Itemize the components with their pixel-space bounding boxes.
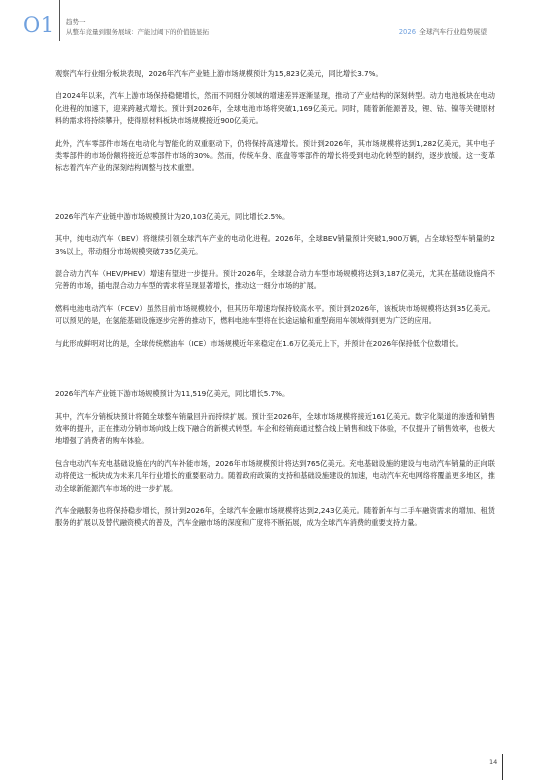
report-title-text: 全球汽车行业趋势展望: [419, 28, 487, 36]
page-body: 观察汽车行业细分板块表现，2026年汽车产业链上游市场规模预计为15,823亿美…: [55, 68, 495, 530]
report-title: 2026全球汽车行业趋势展望: [399, 28, 487, 37]
page-number: 14: [489, 758, 497, 766]
section-downstream: 2026年汽车产业链下游市场规模预计为11,519亿美元，同比增长5.7%。 其…: [55, 388, 495, 530]
section-lead-midstream: 2026年汽车产业链中游市场规模预计为20,103亿美元，同比增长2.5%。: [55, 211, 495, 223]
section-lead-upstream: 观察汽车行业细分板块表现，2026年汽车产业链上游市场规模预计为15,823亿美…: [55, 68, 495, 80]
paragraph: 此外，汽车零部件市场在电动化与智能化的双重驱动下，仍将保持高速增长。预计到202…: [55, 138, 495, 175]
report-year: 2026: [399, 28, 416, 36]
paragraph: 汽车金融服务也将保持稳步增长，预计到2026年，全球汽车金融市场规模将达到2,2…: [55, 505, 495, 530]
chapter-number: O1: [23, 13, 55, 37]
section-lead-downstream: 2026年汽车产业链下游市场规模预计为11,519亿美元，同比增长5.7%。: [55, 388, 495, 400]
trend-label: 趋势一: [66, 18, 86, 27]
paragraph: 与此形成鲜明对比的是，全球传统燃油车（ICE）市场规模近年来稳定在1.6万亿美元…: [55, 338, 495, 350]
section-midstream: 2026年汽车产业链中游市场规模预计为20,103亿美元，同比增长2.5%。 其…: [55, 211, 495, 350]
footer-divider: [502, 754, 503, 780]
header-divider: [59, 0, 60, 41]
paragraph: 其中，汽车分销板块预计将随全球整车销量回升而持续扩展。预计至2026年，全球市场…: [55, 411, 495, 448]
paragraph: 混合动力汽车（HEV/PHEV）增速有望进一步提升。预计2026年，全球混合动力…: [55, 268, 495, 293]
paragraph: 包含电动汽车充电基础设施在内的汽车补能市场，2026年市场规模预计将达到765亿…: [55, 458, 495, 495]
paragraph: 其中，纯电动汽车（BEV）将继续引领全球汽车产业的电动化进程。2026年，全球B…: [55, 233, 495, 258]
section-upstream: 观察汽车行业细分板块表现，2026年汽车产业链上游市场规模预计为15,823亿美…: [55, 68, 495, 175]
paragraph: 燃料电池电动汽车（FCEV）虽然目前市场规模较小，但其历年增速均保持较高水平。预…: [55, 303, 495, 328]
trend-subtitle: 从整车竞量到服务展域：产能过阈下的价值链显拓: [66, 28, 209, 37]
paragraph: 自2024年以来，汽车上游市场保持稳健增长，然而不同细分领域的增速差异逐渐显现，…: [55, 90, 495, 127]
page-header: O1 趋势一 从整车竞量到服务展域：产能过阈下的价值链显拓 2026全球汽车行业…: [0, 0, 540, 50]
